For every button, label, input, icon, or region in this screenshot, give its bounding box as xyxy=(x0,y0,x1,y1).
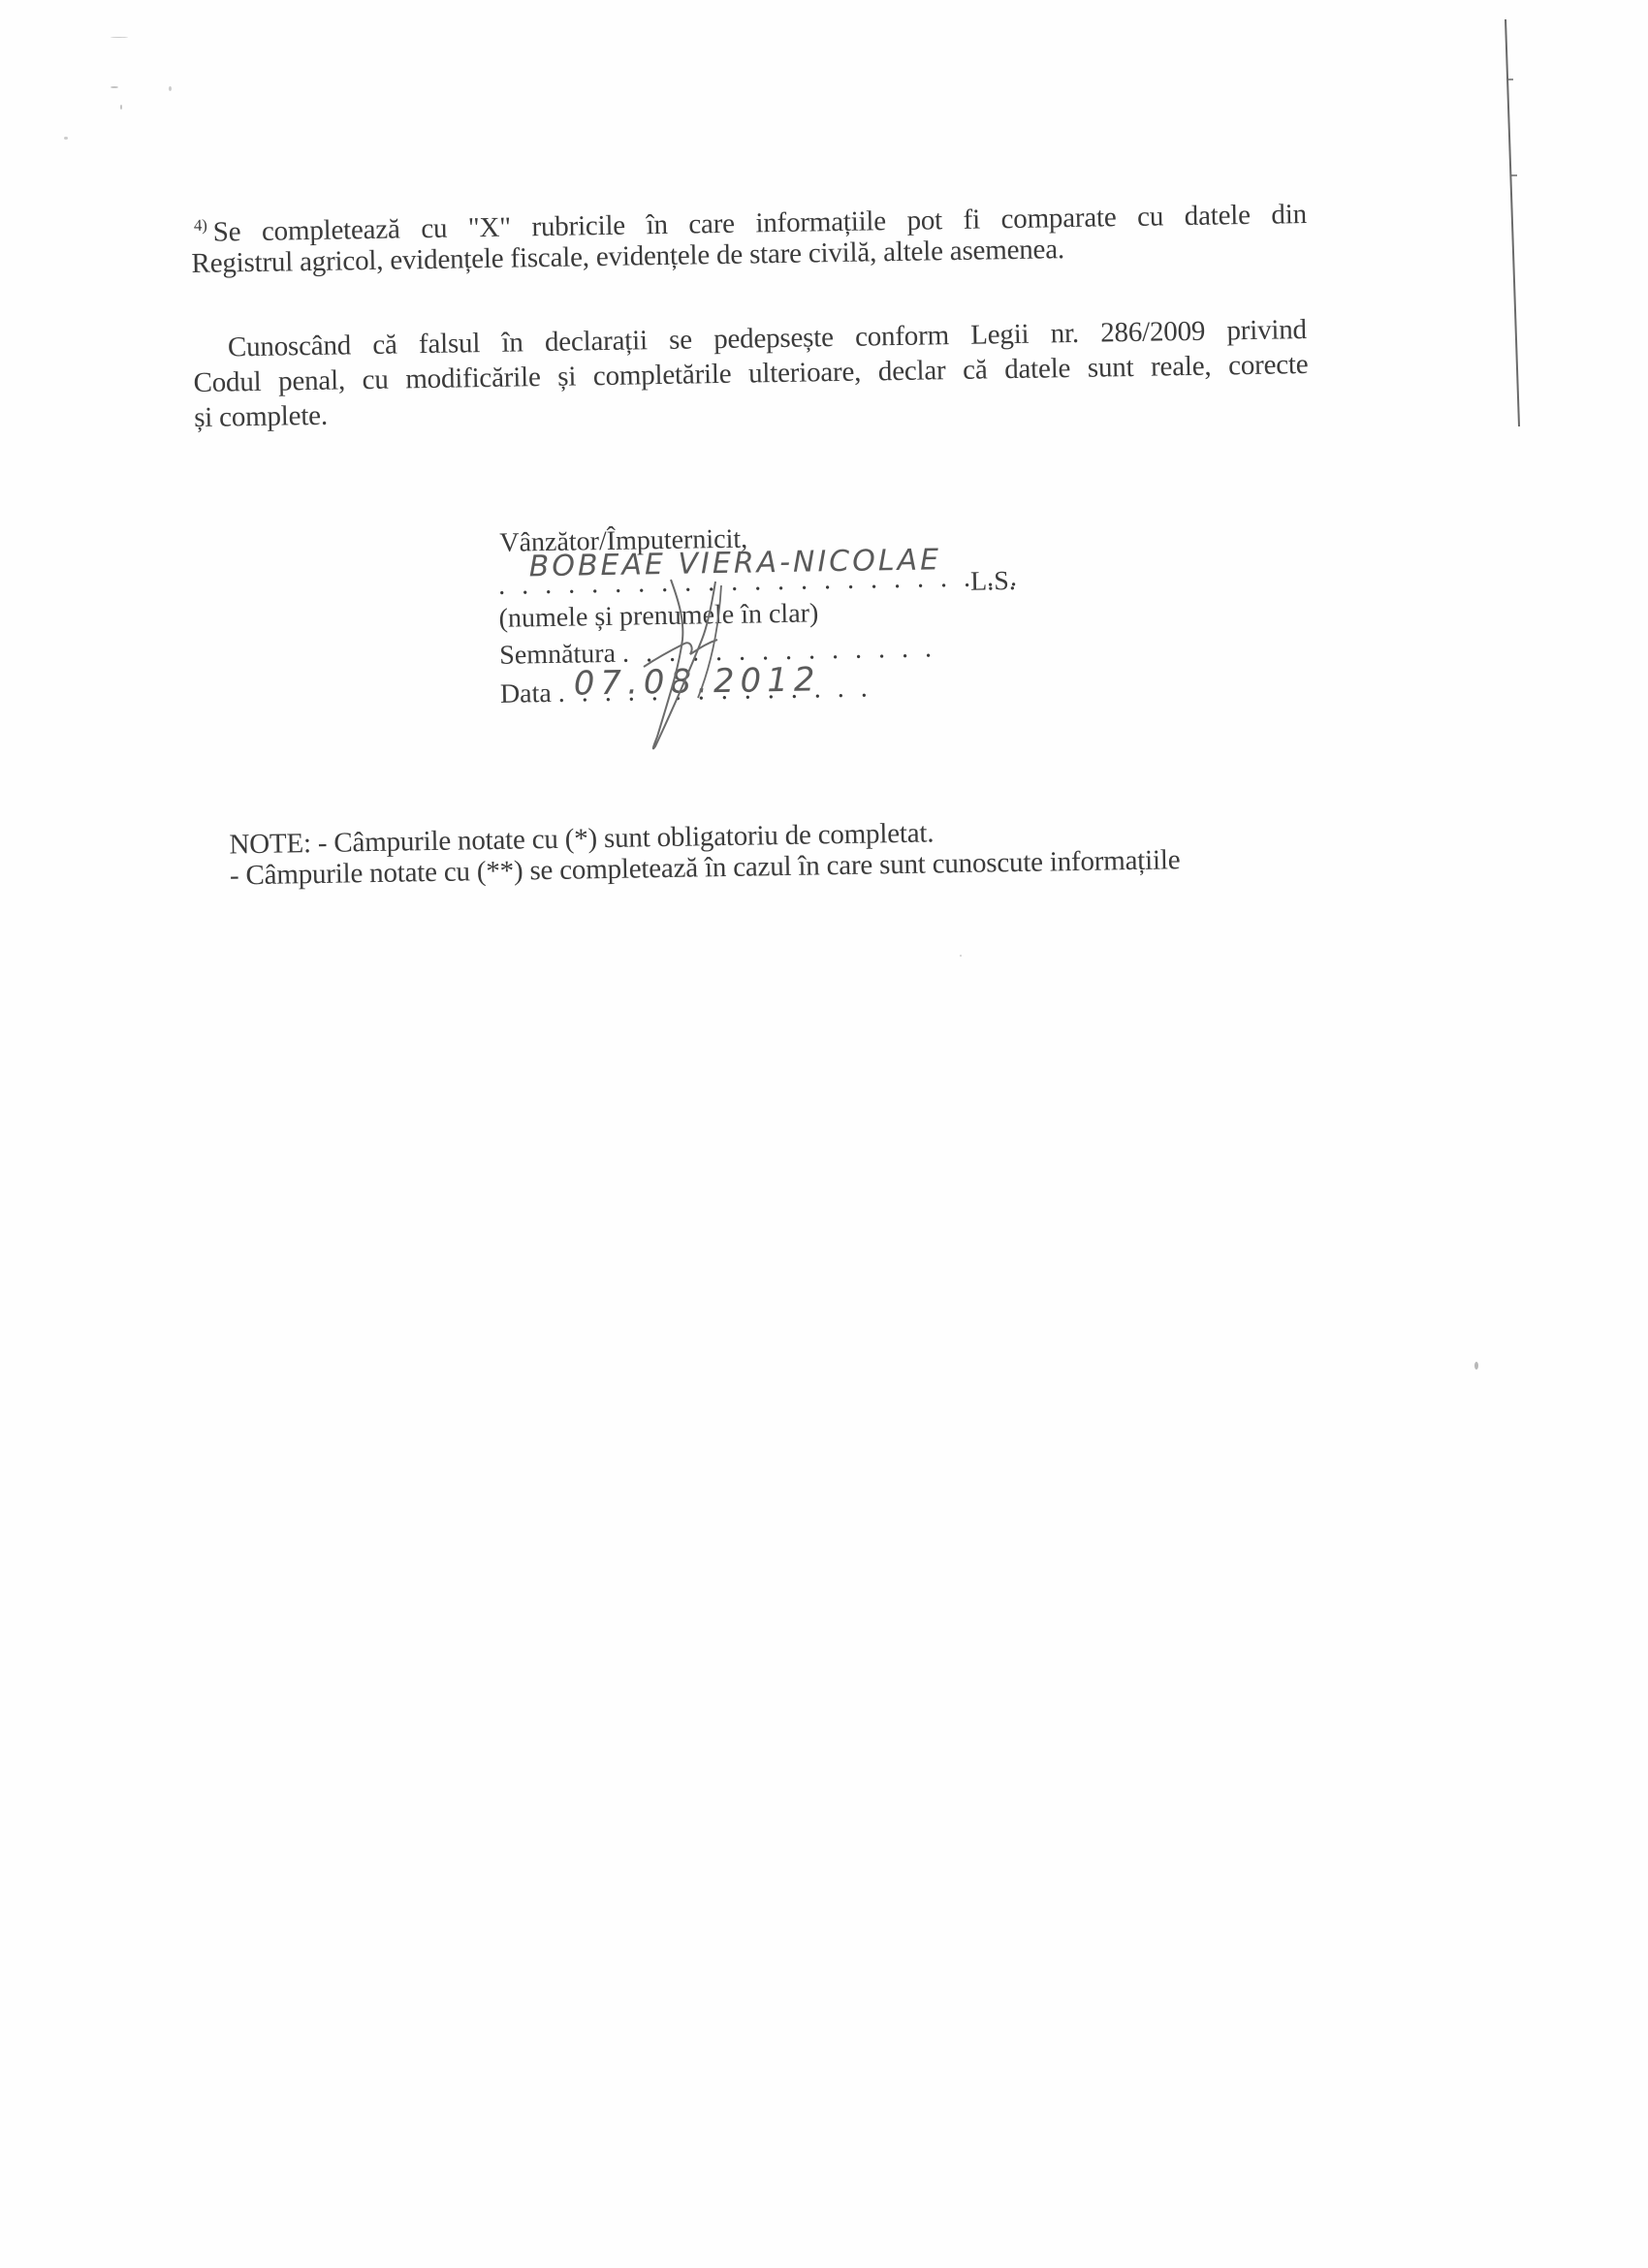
document-body: 4)Se completează cu "X" rubricile în car… xyxy=(0,0,1648,2268)
footnote-marker: 4) xyxy=(194,216,207,235)
name-dotted-field: . . . . . . . . . . . . . . . . . . . . … xyxy=(498,564,1022,600)
seal-label: L.S. xyxy=(970,568,1016,596)
date-label: Data xyxy=(500,678,552,709)
declaration-line-3: și complete. xyxy=(194,402,328,432)
scanned-page: 4)Se completează cu "X" rubricile în car… xyxy=(0,0,1648,2268)
name-caption: (numele și prenumele în clar) xyxy=(498,600,818,632)
handwritten-date: 07.08.2012 xyxy=(573,660,820,703)
